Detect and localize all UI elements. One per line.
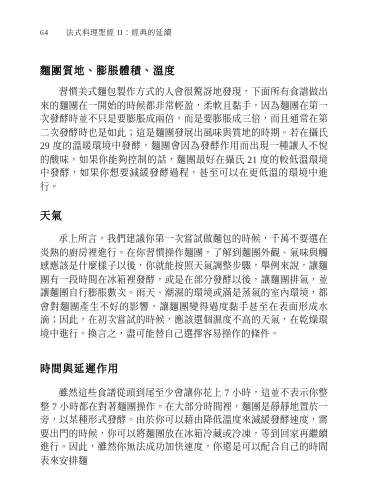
section-paragraph: 習慣美式麵包製作方式的人會很驚訝地發現，下面所有食譜做出來的麵團在一開始的時候都… bbox=[40, 87, 328, 195]
section-heading: 天氣 bbox=[40, 210, 328, 223]
page-number: 64 bbox=[40, 28, 57, 38]
section-paragraph: 承上所言，我們建議你第一次嘗試做麵包的時候，千萬不要選在炎熱的廚房裡進行。在你習… bbox=[40, 234, 328, 342]
section-heading: 麵團質地、膨脹體積、溫度 bbox=[40, 65, 328, 78]
section-heading: 時間與延遲作用 bbox=[40, 363, 328, 376]
book-page: 64 法式料理聖經 II：經典的延續 麵團質地、膨脹體積、溫度 習慣美式麵包製作… bbox=[0, 0, 365, 500]
page-header: 64 法式料理聖經 II：經典的延續 bbox=[40, 28, 328, 38]
section-timing-delayed-action: 時間與延遲作用 雖然這些食譜從頭到尾至少會讓你花上 7 小時，這並不表示你整整 … bbox=[40, 363, 328, 469]
running-title: 法式料理聖經 II：經典的延續 bbox=[66, 28, 172, 38]
section-weather: 天氣 承上所言，我們建議你第一次嘗試做麵包的時候，千萬不要選在炎熱的廚房裡進行。… bbox=[40, 210, 328, 342]
section-dough-texture: 麵團質地、膨脹體積、溫度 習慣美式麵包製作方式的人會很驚訝地發現，下面所有食譜做… bbox=[40, 65, 328, 195]
section-paragraph: 雖然這些食譜從頭到尾至少會讓你花上 7 小時，這並不表示你整整 7 小時都在對著… bbox=[40, 388, 328, 469]
